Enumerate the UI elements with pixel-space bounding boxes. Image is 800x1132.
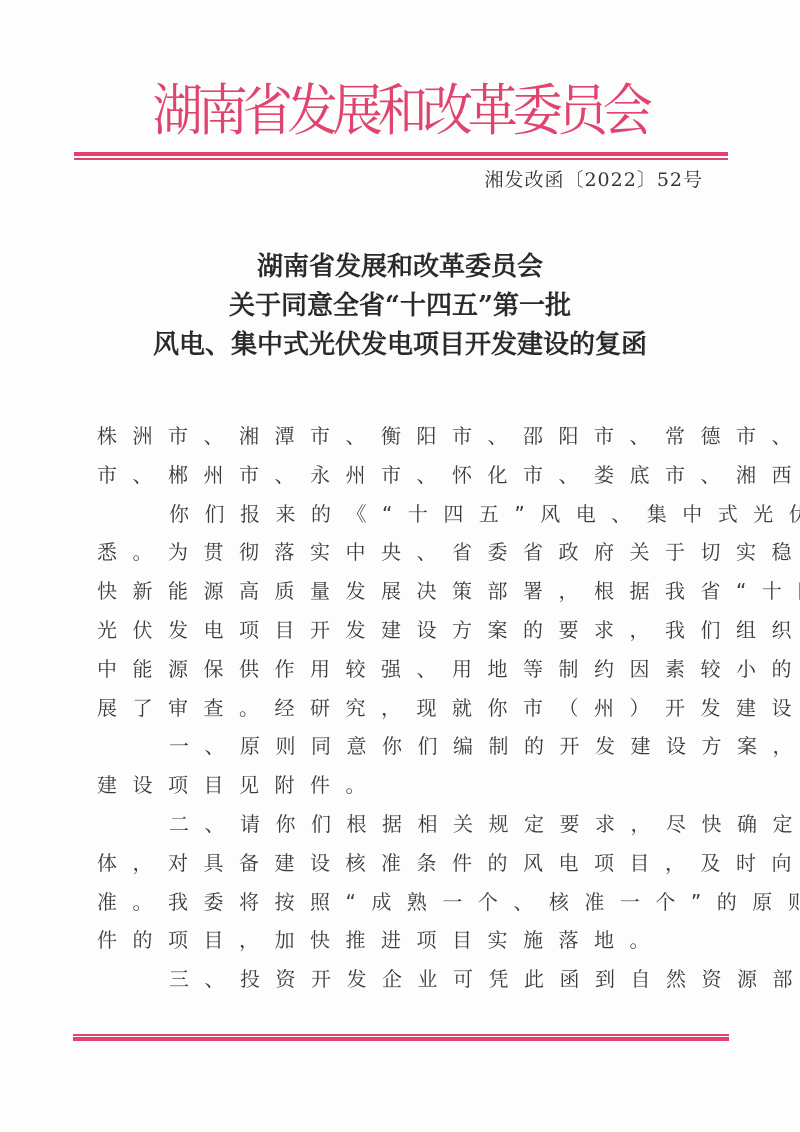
body-line: 你们报来的《“十四五”风电、集中式光伏开发建设方案》收 (97, 495, 709, 534)
body-line: 中能源保供作用较强、用地等制约因素较小的风电项目优先开 (97, 650, 709, 689)
document-body: 株洲市、湘潭市、衡阳市、邵阳市、常德市、张家界市、益阳 市、郴州市、永州市、怀化… (97, 417, 709, 999)
document-number: 湘发改函〔2022〕52号 (484, 167, 703, 193)
body-line: 展了审查。经研究，现就你市（州）开发建设方案函复如下。 (97, 689, 709, 728)
body-line: 建设项目见附件。 (97, 766, 709, 805)
body-line: 株洲市、湘潭市、衡阳市、邵阳市、常德市、张家界市、益阳 (97, 417, 709, 456)
title-line: 风电、集中式光伏发电项目开发建设的复函 (60, 326, 740, 365)
document-title: 湖南省发展和改革委员会 关于同意全省“十四五”第一批 风电、集中式光伏发电项目开… (60, 248, 740, 365)
body-line: 二、请你们根据相关规定要求，尽快确定项目投资开发主 (97, 805, 709, 844)
body-line: 一、原则同意你们编制的开发建设方案，具体的风电开发 (97, 727, 709, 766)
title-line: 关于同意全省“十四五”第一批 (60, 287, 740, 326)
body-line: 快新能源高质量发展决策部署，根据我省“十四五”风电、集中式 (97, 572, 709, 611)
body-line: 市、郴州市、永州市、怀化市、娄底市、湘西州人民政府: (97, 456, 709, 495)
footer-rule-thin (73, 1034, 729, 1036)
letterhead-org-name: 湖南省发展和改革委员会 (139, 76, 661, 148)
title-line: 湖南省发展和改革委员会 (60, 248, 740, 287)
body-line: 光伏发电项目开发建设方案的要求，我们组织相关部门对方案 (97, 611, 709, 650)
letterhead-rule-thin (74, 158, 728, 160)
body-line: 三、投资开发企业可凭此函到自然资源部门办理项目用地 (97, 960, 709, 999)
body-line: 件的项目，加快推进项目实施落地。 (97, 921, 709, 960)
body-line: 体，对具备建设核准条件的风电项目，及时向我委申请项目核 (97, 844, 709, 883)
body-line: 准。我委将按照“成熟一个、核准一个”的原则，优先批复具备条 (97, 883, 709, 922)
body-line: 悉。为贯彻落实中央、省委省政府关于切实稳住经济大盘、加 (97, 533, 709, 572)
footer-rule-thick (73, 1037, 729, 1041)
letterhead-rule-thick (74, 152, 728, 156)
document-page: 湖南省发展和改革委员会 湘发改函〔2022〕52号 湖南省发展和改革委员会 关于… (0, 0, 800, 1132)
